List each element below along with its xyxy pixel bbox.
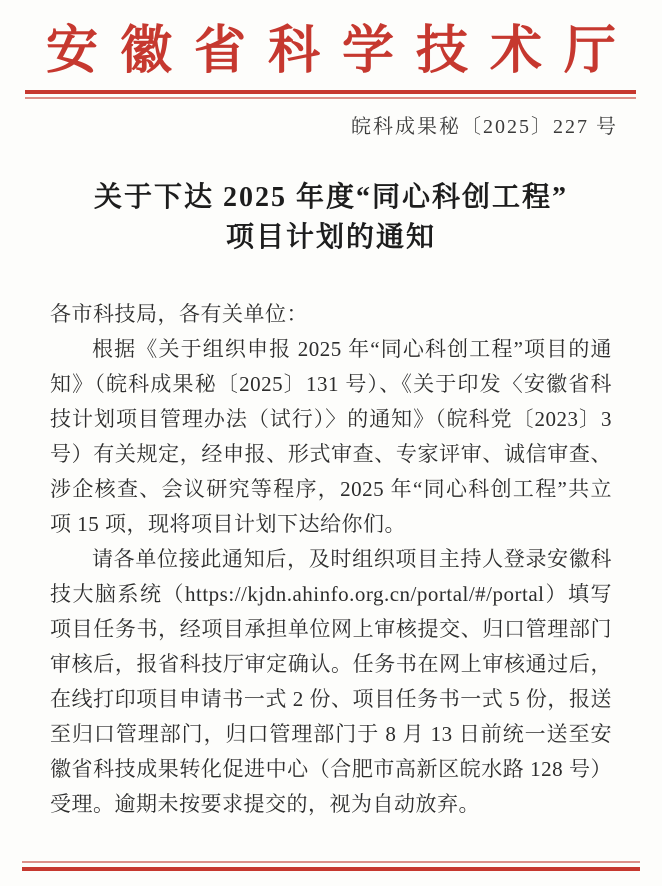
portal-url-text: https://kjdn.ahinfo.org.cn/portal/#/port… xyxy=(185,582,544,606)
notice-title-line1: 关于下达 2025 年度“同心科创工程” xyxy=(0,178,662,218)
paragraph-instructions: 请各单位接此通知后，及时组织项目主持人登录安徽科技大脑系统（https://kj… xyxy=(50,542,612,822)
paragraph-instructions-post: ）填写项目任务书，经项目承担单位网上审核提交、归口管理部门审核后，报省科技厅审定… xyxy=(50,582,612,816)
document-number: 皖科成果秘〔2025〕227 号 xyxy=(351,114,618,140)
footer-rule-thick xyxy=(22,867,640,871)
notice-title-line2: 项目计划的通知 xyxy=(0,218,662,258)
notice-title: 关于下达 2025 年度“同心科创工程” 项目计划的通知 xyxy=(0,178,662,258)
agency-name: 安徽省科学技术厅 xyxy=(0,22,662,82)
notice-body: 各市科技局，各有关单位： 根据《关于组织申报 2025 年“同心科创工程”项目的… xyxy=(50,297,612,822)
document-page: 安徽省科学技术厅 皖科成果秘〔2025〕227 号 关于下达 2025 年度“同… xyxy=(0,0,662,886)
salutation: 各市科技局，各有关单位： xyxy=(50,297,612,332)
paragraph-legal-basis: 根据《关于组织申报 2025 年“同心科创工程”项目的通知》（皖科成果秘〔202… xyxy=(50,332,612,542)
header-rule-thick xyxy=(25,90,636,94)
header-rule-thin xyxy=(25,97,636,99)
footer-rule-thin xyxy=(22,861,640,863)
